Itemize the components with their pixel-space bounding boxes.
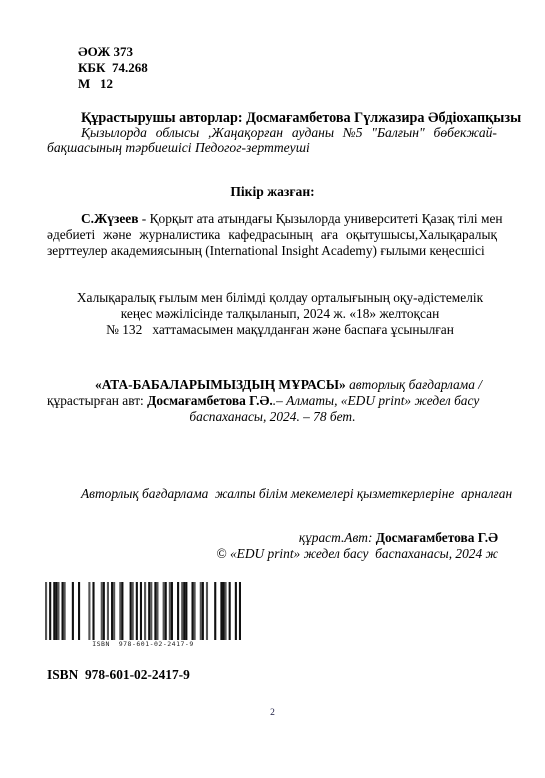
word: Қызылорда: [81, 125, 147, 141]
copyright-line: © «EDU print» жедел басу баспаханасы, 20…: [216, 546, 498, 562]
page-number: 2: [0, 708, 545, 718]
reviewer-name: С.Жүзеев: [81, 211, 138, 226]
approval-line2: кеңес мәжілісінде талқыланып, 2024 ж. «1…: [60, 306, 500, 322]
word: бөбекжай-: [434, 125, 497, 141]
document-page: ӘОЖ 373 КБК 74.268 М 12 Құрастырушы авто…: [0, 0, 545, 778]
review-line3: зерттеулер академиясының (International …: [47, 243, 497, 259]
isbn-barcode: [45, 582, 241, 640]
approval-line3: № 132 хаттамасымен мақұлданған және басп…: [60, 322, 500, 338]
signature-label: құраст.Авт:: [299, 530, 376, 545]
purpose-statement: Авторлық бағдарлама жалпы білім мекемеле…: [81, 486, 512, 502]
citation-publisher: .– Алматы, «EDU print» жедел басу: [273, 393, 480, 408]
word: №5: [343, 125, 363, 141]
citation-line3: баспаханасы, 2024. – 78 бет.: [0, 409, 545, 425]
isbn-number: ISBN 978-601-02-2417-9: [47, 667, 190, 683]
review-heading: Пікір жазған:: [0, 184, 545, 200]
word: оқытушысы,Халықаралық: [346, 227, 497, 243]
review-line2: әдебиеті және журналистика кафедрасының …: [47, 227, 497, 243]
lbc-code: КБК 74.268: [78, 60, 148, 76]
compiled-by-label: құрастырған авт:: [47, 393, 147, 408]
book-title: «АТА-БАБАЛАРЫМЫЗДЫҢ МҰРАСЫ»: [95, 377, 346, 392]
word: және: [103, 227, 131, 243]
word: облысы: [156, 125, 200, 141]
barcode-caption: ISBN 978-601-02-2417-9: [45, 640, 241, 648]
citation-author: Досмағамбетова Г.Ә.: [147, 393, 273, 408]
classification-codes: ӘОЖ 373 КБК 74.268 М 12: [78, 44, 148, 92]
word: аға: [321, 227, 338, 243]
compiler-affiliation-line2: бақшасының тәрбиешісі Педогог-зерттеуші: [47, 140, 310, 156]
citation-line1: «АТА-БАБАЛАРЫМЫЗДЫҢ МҰРАСЫ» авторлық бағ…: [95, 377, 482, 393]
author-mark: М 12: [78, 76, 148, 92]
udc-code: ӘОЖ 373: [78, 44, 148, 60]
word: "Балғын": [371, 125, 424, 141]
reviewer-position: - Қорқыт ата атындағы Қызылорда универси…: [138, 211, 502, 226]
book-type: авторлық бағдарлама /: [346, 377, 482, 392]
citation-line2: құрастырған авт: Досмағамбетова Г.Ә..– А…: [47, 393, 479, 409]
compiler-label: Құрастырушы авторлар:: [81, 110, 243, 126]
signature-line: құраст.Авт: Досмағамбетова Г.Ә: [299, 530, 498, 546]
review-line1: С.Жүзеев - Қорқыт ата атындағы Қызылорда…: [47, 211, 497, 227]
word: кафедрасының: [228, 227, 312, 243]
approval-line1: Халықаралық ғылым мен білімді қолдау орт…: [60, 290, 500, 306]
compiler-affiliation-line1: Қызылорда облысы ,Жаңақорған ауданы №5 "…: [81, 125, 497, 141]
word: әдебиеті: [47, 227, 95, 243]
compiler-name: Досмағамбетова Гүлжазира Әбдіохапқызы: [246, 110, 521, 126]
word: журналистика: [139, 227, 220, 243]
word: ,Жаңақорған: [208, 125, 283, 141]
signature-author: Досмағамбетова Г.Ә: [376, 530, 498, 545]
word: ауданы: [292, 125, 334, 141]
